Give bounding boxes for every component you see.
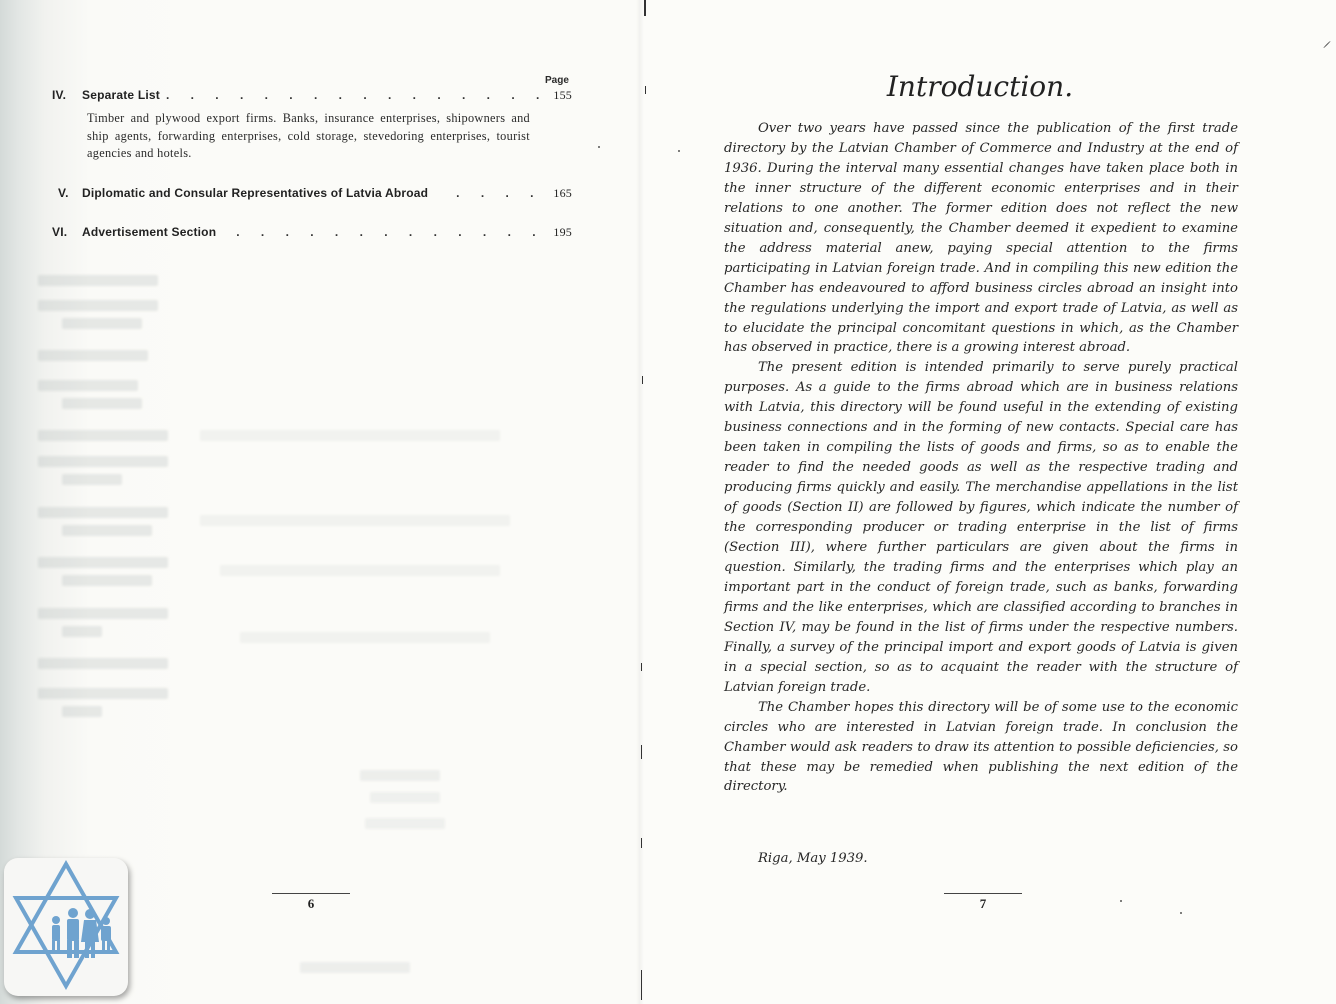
show-through-text — [38, 557, 168, 568]
show-through-text — [370, 792, 440, 803]
show-through-text — [62, 398, 142, 409]
gutter-mark — [641, 745, 642, 759]
introduction-body: Over two years have passed since the pub… — [724, 119, 1238, 797]
toc-description: Timber and plywood export firms. Banks, … — [87, 110, 530, 163]
show-through-text — [38, 507, 168, 518]
toc-leader-dots: . . . . . . . . . . . . . . . . . . . . … — [166, 88, 544, 102]
signature-line: Riga, May 1939. — [758, 851, 868, 866]
toc-title: Advertisement Section — [82, 225, 216, 239]
page-number-rule — [272, 893, 350, 894]
gutter-mark — [641, 970, 642, 1000]
show-through-text — [200, 430, 500, 441]
toc-numeral: IV. — [52, 88, 82, 102]
page-title: Introduction. — [700, 70, 1260, 103]
show-through-text — [38, 688, 168, 699]
gutter-mark — [641, 838, 642, 848]
show-through-text — [38, 608, 168, 619]
watermark-logo — [4, 858, 128, 996]
print-speck — [1180, 912, 1182, 914]
paragraph: Over two years have passed since the pub… — [724, 119, 1238, 358]
toc-page: 155 — [550, 88, 572, 103]
page-number-rule — [944, 893, 1022, 894]
page-number-right: 7 — [943, 896, 1023, 912]
show-through-text — [360, 770, 440, 781]
toc-title: Separate List — [82, 88, 160, 102]
show-through-text — [220, 565, 500, 576]
paragraph: The present edition is intended primaril… — [724, 358, 1238, 697]
show-through-text — [300, 962, 410, 973]
show-through-text — [240, 632, 490, 643]
show-through-text — [38, 300, 158, 311]
toc-entry-diplomatic-representatives[interactable]: V. Diplomatic and Consular Representativ… — [52, 186, 572, 201]
show-through-text — [62, 474, 122, 485]
show-through-text — [62, 575, 152, 586]
toc-title: Diplomatic and Consular Representatives … — [82, 186, 428, 200]
show-through-text — [62, 318, 142, 329]
toc-page: 195 — [550, 225, 572, 240]
show-through-text — [38, 275, 158, 286]
print-speck — [1120, 900, 1122, 902]
show-through-text — [38, 430, 168, 441]
gutter-mark — [644, 0, 646, 16]
show-through-text — [365, 818, 445, 829]
toc-leader-dots: . . . . . . . . . — [434, 186, 544, 200]
gutter-mark — [642, 376, 643, 384]
show-through-text — [62, 525, 152, 536]
show-through-text — [38, 658, 168, 669]
print-speck — [598, 146, 600, 148]
show-through-text — [38, 380, 138, 391]
page-number-left: 6 — [271, 896, 351, 912]
show-through-text — [38, 456, 168, 467]
toc-numeral: V. — [52, 186, 82, 200]
show-through-text — [62, 626, 102, 637]
toc-page-column-header: Page — [545, 75, 569, 86]
gutter-mark — [645, 86, 646, 94]
show-through-text — [200, 515, 510, 526]
toc-page: 165 — [550, 186, 572, 201]
gutter-mark — [641, 663, 642, 671]
toc-leader-dots: . . . . . . . . . . . . . . . . . . . . … — [222, 225, 544, 239]
star-of-david-family-icon — [4, 858, 128, 996]
paragraph: The Chamber hopes this directory will be… — [724, 698, 1238, 798]
toc-entry-separate-list[interactable]: IV. Separate List . . . . . . . . . . . … — [52, 88, 572, 103]
print-speck — [678, 150, 680, 152]
show-through-text — [38, 350, 148, 361]
gutter — [636, 0, 644, 1004]
toc-numeral: VI. — [52, 225, 82, 239]
book-spread: Page IV. Separate List . . . . . . . . .… — [0, 0, 1336, 1004]
show-through-text — [62, 706, 102, 717]
toc-entry-advertisement-section[interactable]: VI. Advertisement Section . . . . . . . … — [52, 225, 572, 240]
